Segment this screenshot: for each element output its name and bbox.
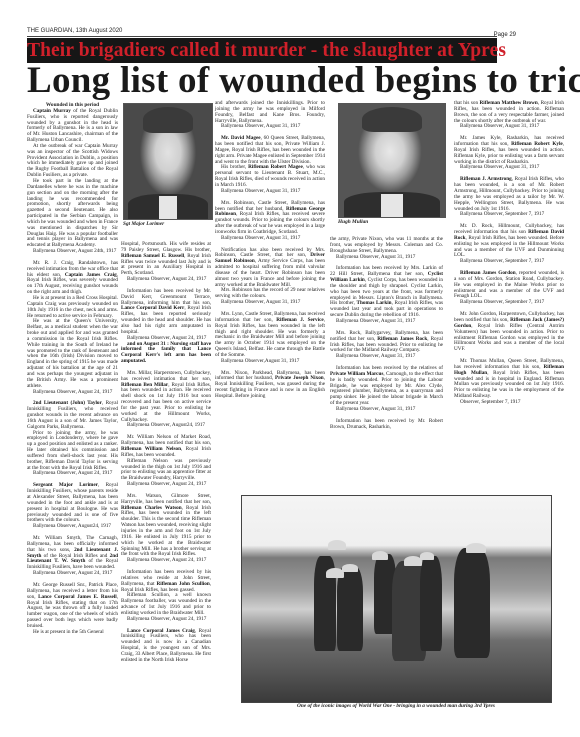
paragraph: 2nd Lieutenant (John) Taylor, Royal Inni… (27, 401, 118, 430)
paragraph: Captain Murray of the Royal Dublin Fusil… (27, 109, 118, 144)
source-line: Ballymena Observer, August24, 1917 (121, 423, 211, 429)
column-3: and afterwards joined the Inniskillings.… (215, 101, 325, 400)
paragraph: Mrs. Robinson, Castle Street, Ballymena,… (215, 201, 325, 236)
paragraph: Lance Corporal James Craig, Royal Innisk… (121, 629, 211, 664)
paragraph: Mrs. Lynn, Castle Street, Ballymena, has… (215, 312, 325, 359)
source-line: Ballymena Observer, August 24, 1917 (121, 482, 211, 488)
source-line: Ballymena Observer, August 24, 1917 (121, 617, 211, 623)
paragraph: He took part in the landing at the Darda… (27, 179, 118, 249)
paragraph: Information has been received by the rel… (330, 366, 443, 407)
paragraph: Prior to joining the army, he was employ… (27, 431, 118, 472)
paragraph: He is at present in the 5th General (27, 630, 118, 636)
paragraph: Mrs. Watson, Gilmore Street, Harryville,… (121, 494, 211, 558)
paragraph: Information has been received by his rel… (121, 570, 211, 593)
paragraph: Mr. William Smyth, The Carnagh, Ballymen… (27, 536, 118, 571)
paragraph: the army, Private Nixon, who was 11 mont… (330, 237, 443, 255)
source-line: Ballymena Observer, August24, 1917 (27, 524, 118, 530)
paragraph: Information has been received by Mr. Dav… (121, 289, 211, 336)
masthead-rule (27, 36, 497, 37)
paragraph: He was at the Queen's University, Belfas… (27, 319, 118, 389)
source-line: Ballymena Observer, August 24, 1917 (27, 471, 118, 477)
paragraph: that his son Rifleman Matthew Brown, Roy… (454, 101, 564, 124)
paragraph: Notification has also been received by M… (215, 248, 325, 289)
portrait-photo-mullan (338, 103, 446, 218)
source-line: Ballymena Observer, August 24, 1917 (27, 390, 118, 396)
paragraph: Sergeant Major Lorimer, Royal Inniskilli… (27, 483, 118, 524)
portrait-photo-lorimer (123, 103, 213, 220)
column-2: Hospital, Portsmouth. His wife resides a… (121, 242, 211, 664)
paragraph: Mr. John Gordon, Harperstown, Cullybacke… (454, 312, 564, 353)
paragraph: Mr. Thomas Mullan, Queen Street, Ballyme… (454, 359, 564, 400)
source-line: Ballymena Observer, August 24th, 1917 (27, 249, 118, 255)
paragraph: Mr. David Magee, 60 Queen Street, Ballym… (215, 136, 325, 165)
paragraph: Mr. James Kyle, Rasharkin, has received … (454, 136, 564, 165)
paragraph: Hospital, Portsmouth. His wife resides a… (121, 242, 211, 277)
paragraph: Mrs. Nixon, Parkhead, Ballymena, has bee… (215, 371, 325, 400)
paragraph: Rifleman J. Armstrong, Royal Irish Rifle… (454, 177, 564, 212)
source-line: Ballymena Observer, August 24, 1917 (121, 558, 211, 564)
war-photo-caption: One of the iconic images of World War On… (241, 703, 551, 709)
paragraph: He is at present in a Red Cross Hospital… (27, 296, 118, 319)
paragraph: Mr. R. J. Craig, Randalstown, has receiv… (27, 261, 118, 296)
portrait-caption: Sgt Major Lorimer (123, 221, 164, 227)
column-1: Wounded in this period Captain Murray of… (27, 103, 118, 636)
paragraph: Rifleman James Gordon, reported wounded,… (454, 271, 564, 300)
war-photo-stretcher-bearers (241, 495, 552, 703)
publication-date: THE GUARDIAN, 13th August 2020 (27, 28, 122, 34)
column-4: the army, Private Nixon, who was 11 mont… (330, 237, 443, 430)
paragraph: Mr. George Russell Snr., Patrick Place, … (27, 583, 118, 630)
headline: Long list of wounded begins to trickle i… (27, 60, 497, 102)
portrait-caption: Hugh Mullan (338, 219, 368, 225)
paragraph: Information has been received by Mr. Rob… (330, 419, 443, 431)
paragraph: Rifleman Nelson was previously wounded i… (121, 459, 211, 482)
update-note: and on August 31 : Nursing staff have in… (121, 342, 211, 365)
paragraph: Mr. D. Rock, Hillmount, Cullybackey, has… (454, 224, 564, 259)
paragraph: His brother, Rifleman Robert Magee, who … (215, 165, 325, 188)
source-line: Ballymena Observer, August 24, 1917 (27, 571, 118, 577)
paragraph: Mr. William Nelson of Market Road, Bally… (121, 435, 211, 458)
paragraph: Mrs. Rock, Ballygarvey, Ballymena, has b… (330, 331, 443, 354)
paragraph: Rifleman Scullion, a well known Ballymen… (121, 593, 211, 616)
paragraph: Information has been received by Mrs. La… (330, 266, 443, 319)
paragraph: and afterwards joined the Inniskillings.… (215, 101, 325, 124)
paragraph: At the outbreak of war Captain Murray wa… (27, 144, 118, 179)
column-5: that his son Rifleman Matthew Brown, Roy… (454, 101, 564, 406)
paragraph: Mrs. Millar, Harperstown, Cullybackey, h… (121, 371, 211, 424)
source-line: Observer, September 7, 1917 (454, 400, 564, 406)
source-line: Ballymena Observer, August 24, 1917 (121, 277, 211, 283)
